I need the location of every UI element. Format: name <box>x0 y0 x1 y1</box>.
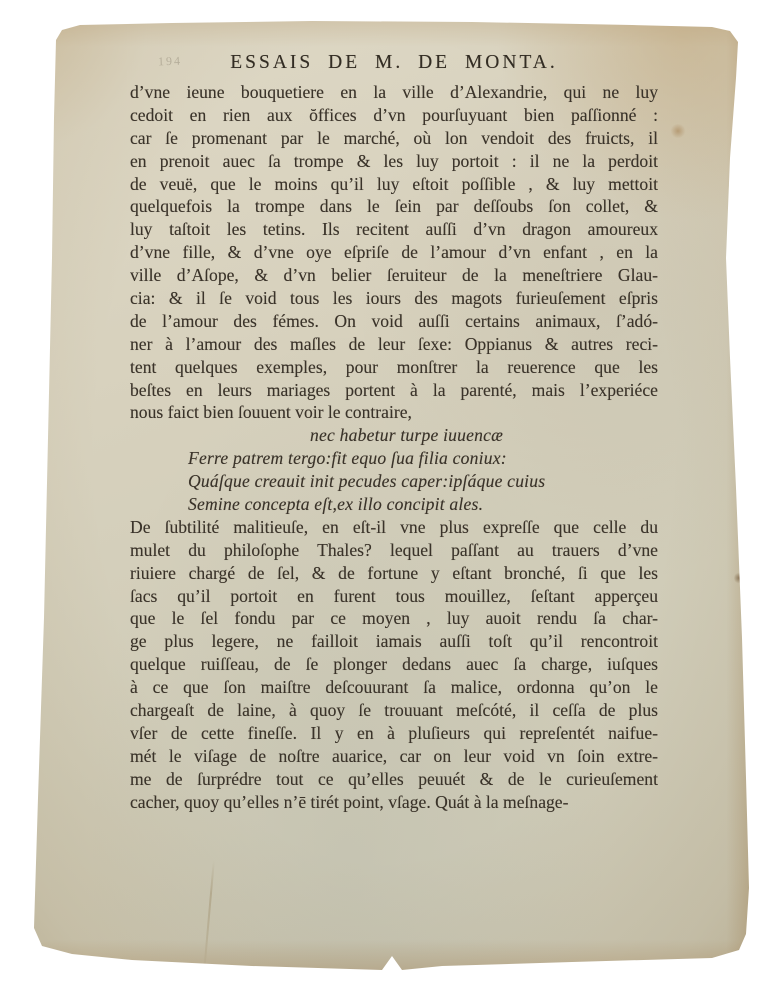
text-line: cacher, quoy qu’elles n’ē tirét point, v… <box>130 791 658 814</box>
text-line: d’vne ieune bouquetiere en la ville d’Al… <box>130 81 658 104</box>
paper-page: 194 ESSAIS DE M. DE MONTA. d’vne ieune b… <box>12 18 756 978</box>
text-line: ville d’Aſope, & d’vn belier ſeruiteur d… <box>130 264 658 287</box>
text-line: luy taſtoit les tetins. Ils recitent auſ… <box>130 218 658 241</box>
running-header: ESSAIS DE M. DE MONTA. <box>130 52 658 74</box>
text-line: en prenoit auec ſa trompe & les luy port… <box>130 150 658 173</box>
text-line: ner à l’amour des maſles de leur ſexe: O… <box>130 333 658 356</box>
text-line: mét le viſage de noſtre auarice, car on … <box>130 745 658 768</box>
text-line: d’vne fille, & d’vne oye eſpriſe de l’am… <box>130 241 658 264</box>
text-line: chargeaſt de laine, à quoy ſe trouuant m… <box>130 699 658 722</box>
text-line: car ſe promenant par le marché, où lon v… <box>130 127 658 150</box>
paragraph-two: De ſubtilité malitieuſe, en eſt-il vne p… <box>130 516 658 814</box>
scanned-book-page: 194 ESSAIS DE M. DE MONTA. d’vne ieune b… <box>0 0 768 992</box>
text-line: riuiere chargé de ſel, & de fortune y eſ… <box>130 562 658 585</box>
text-line: de veuë, que le moins qu’il luy eſtoit p… <box>130 173 658 196</box>
text-line: tent quelques exemples, pour monſtrer la… <box>130 356 658 379</box>
paper-stain <box>670 124 686 138</box>
text-line: quelque ruiſſeau, de ſe plonger dedans a… <box>130 653 658 676</box>
text-line: Ferre patrem tergo:fit equo ſua filia co… <box>188 447 658 470</box>
text-block: ESSAIS DE M. DE MONTA. d’vne ieune bouqu… <box>130 52 658 814</box>
text-line: que le ſel fondu par ce moyen , luy auoi… <box>130 607 658 630</box>
text-line: mulet du philoſophe Thales? lequel paſſa… <box>130 539 658 562</box>
text-line: nous faict bien ſouuent voir le contrair… <box>130 401 658 424</box>
text-line: vſer de cette fineſſe. Il y en à pluſieu… <box>130 722 658 745</box>
text-line: Quáſque creauit init pecudes caper:ipſáq… <box>188 470 658 493</box>
text-line: cia: & il ſe void tous les iours des mag… <box>130 287 658 310</box>
paragraph-one: d’vne ieune bouquetiere en la ville d’Al… <box>130 81 658 424</box>
text-line: De ſubtilité malitieuſe, en eſt-il vne p… <box>130 516 658 539</box>
text-line: cedoit en rien aux ŏffices d’vn pourſuyu… <box>130 104 658 127</box>
text-line: ſacs qu’il portoit en furent tous mouill… <box>130 585 658 608</box>
latin-verse-quotation: nec habetur turpe iuuencæFerre patrem te… <box>130 424 658 516</box>
text-line: de l’amour des fémes. On void auſſi cert… <box>130 310 658 333</box>
text-line: nec habetur turpe iuuencæ <box>310 424 658 447</box>
text-line: ge plus legere, ne failloit iamais auſſi… <box>130 630 658 653</box>
text-line: quelquefois la trompe dans le ſein par d… <box>130 195 658 218</box>
paper-crease <box>203 860 215 972</box>
text-line: à ce que ſon maiſtre deſcouurant ſa mali… <box>130 676 658 699</box>
paper-stain <box>728 180 740 192</box>
text-line: beſtes en leurs mariages portent à la pa… <box>130 379 658 402</box>
text-line: Semine concepta eſt,ex illo concipit ale… <box>188 493 658 516</box>
paper-stain <box>734 572 744 584</box>
text-line: me de ſurprédre tout ce qu’elles peuuét … <box>130 768 658 791</box>
